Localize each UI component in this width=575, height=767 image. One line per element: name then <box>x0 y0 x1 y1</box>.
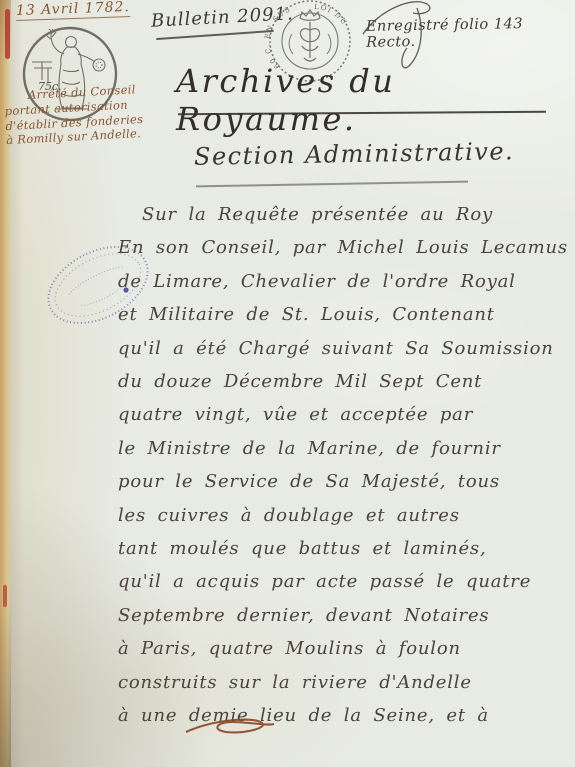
body-text: Sur la Requête présentée au RoyEn son Co… <box>118 198 566 733</box>
body-line: construits sur la riviere d'Andelle <box>118 666 566 699</box>
body-line: et Militaire de St. Louis, Contenant <box>118 298 566 331</box>
body-line: du douze Décembre Mil Sept Cent <box>118 365 566 398</box>
bulletin-underline <box>156 30 274 40</box>
body-line: Sur la Requête présentée au Roy <box>118 198 566 231</box>
body-line: Septembre dernier, devant Notaires <box>118 599 566 632</box>
body-line: qu'il a acquis par acte passé le quatre <box>118 565 566 598</box>
red-ink-mark-top <box>5 9 10 59</box>
body-line: tant moulés que battus et laminés, <box>118 532 566 565</box>
svg-text:60 C. EN SUS: 60 C. EN SUS <box>263 5 292 70</box>
body-line: qu'il a été Chargé suivant Sa Soumission <box>118 332 566 365</box>
body-line: le Ministre de la Marine, de fournir <box>118 432 566 465</box>
page-title: Archives du Royaume. <box>176 62 556 138</box>
paraph-flourish <box>182 710 282 744</box>
body-line: pour le Service de Sa Majesté, tous <box>118 465 566 498</box>
body-line: quatre vingt, vûe et acceptée par <box>118 398 566 431</box>
section-heading: Section Administrative. <box>194 137 515 171</box>
date-annotation: 13 Avril 1782. <box>16 0 130 21</box>
body-line: les cuivres à doublage et autres <box>118 499 566 532</box>
margin-note: Arrêté du Conseilportant autorisationd'é… <box>4 81 165 148</box>
red-ink-mark-middle <box>3 585 7 607</box>
body-line: de Limare, Chevalier de l'ordre Royal <box>118 265 566 298</box>
section-underline <box>196 181 468 187</box>
body-line: à Paris, quatre Moulins à foulon <box>118 632 566 665</box>
manuscript-page: 13 Avril 1782. 75c. <box>0 0 575 767</box>
round-stamp-text-left: 60 C. EN SUS <box>263 5 292 70</box>
body-line: En son Conseil, par Michel Louis Lecamus <box>118 231 566 264</box>
